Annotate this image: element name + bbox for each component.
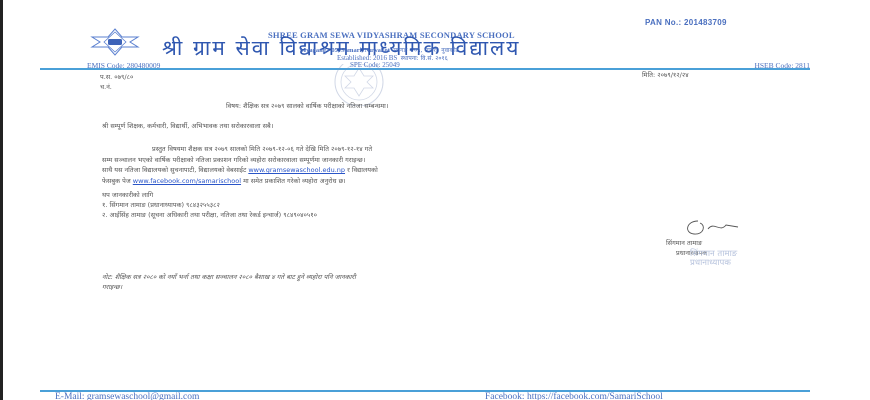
school-seal-icon: [325, 64, 393, 106]
body-line-4-tail: मा समेत प्रकाशित गरेको व्यहोरा अनुरोध छ।: [243, 177, 346, 185]
footer-facebook: Facebook: https://facebook.com/SamariSch…: [485, 392, 663, 400]
letter-body: प्रस्तुत विषयमा शैक्षक सत्र २०७९ सालको म…: [102, 144, 802, 186]
body-line-2: सम्म सञ्चालन भएको वार्षिक परीक्षाको नतिज…: [102, 155, 802, 166]
contact-item-1: १. सिंगमान तामाङ (प्रधानाध्यापक) ९८४३२५५…: [102, 200, 220, 209]
more-info-heading: थप जानकारीको लागि: [102, 190, 153, 199]
body-line-1: प्रस्तुत विषयमा शैक्षक सत्र २०७९ सालको म…: [102, 144, 802, 155]
dispatch-number: च.नं.: [100, 82, 112, 91]
letter-page: PAN No.: 201483709 SHREE GRAM SEWA VIDYA…: [0, 0, 870, 400]
letter-date: मिति: २०७९/१२/२४: [642, 70, 689, 79]
contact-item-2: २. आईसिंह तामाङ (सूचना अधिकारी तथा परीक्…: [102, 210, 317, 219]
letter-salutation: श्री सम्पूर्ण शिक्षक, कर्मचारी, विद्यार्…: [102, 121, 273, 130]
header-divider: [40, 68, 810, 70]
letter-subject: विषय: शैक्षिक सत्र २०७९ सालको वार्षिक पर…: [226, 101, 388, 110]
official-stamp: सिंगमान तामाङ प्रधानाध्यापक: [690, 250, 737, 268]
signature-icon: [680, 215, 740, 239]
note-line-1: नोट: शैक्षिक सत्र २०८० को नयाँ भर्ना तथा…: [102, 272, 356, 281]
school-address: Myagang - 05, Samari, Nuwakot म्यागङ – ०…: [300, 46, 459, 54]
reference-number: प.स. ०७९/८०: [100, 72, 133, 81]
body-line-3-tail: र विद्यालयको: [347, 166, 378, 174]
facebook-page-link[interactable]: www.facebook.com/samarischool: [133, 177, 241, 185]
stamp-title: प्रधानाध्यापक: [690, 259, 737, 268]
address-nepali: म्यागङ – ०५, सामरी, नुवाकोट: [393, 47, 458, 54]
address-english: Myagang - 05, Samari, Nuwakot: [300, 47, 390, 54]
signer-name: सिंगमान तामाङ: [666, 238, 702, 247]
website-link[interactable]: www.gramsewaschool.edu.np: [248, 166, 345, 174]
body-line-4: फेसबुक पेज www.facebook.com/samarischool…: [102, 176, 802, 187]
body-line-4-text: फेसबुक पेज: [102, 177, 131, 185]
nepal-emblem-star-icon: [86, 28, 144, 56]
footer-email: E-Mail: gramsewaschool@gmail.com: [55, 392, 199, 400]
body-line-3-text: साथै यस नतिजा विद्यालयको सुचनापाटी, विद्…: [102, 166, 246, 174]
pan-number: PAN No.: 201483709: [645, 18, 727, 27]
body-line-3: साथै यस नतिजा विद्यालयको सुचनापाटी, विद्…: [102, 165, 802, 176]
note-line-2: गराइन्छ।: [102, 282, 122, 291]
scan-edge: [0, 0, 3, 400]
established-nepali: स्थापना: वि.सं. २०१६: [401, 55, 448, 62]
